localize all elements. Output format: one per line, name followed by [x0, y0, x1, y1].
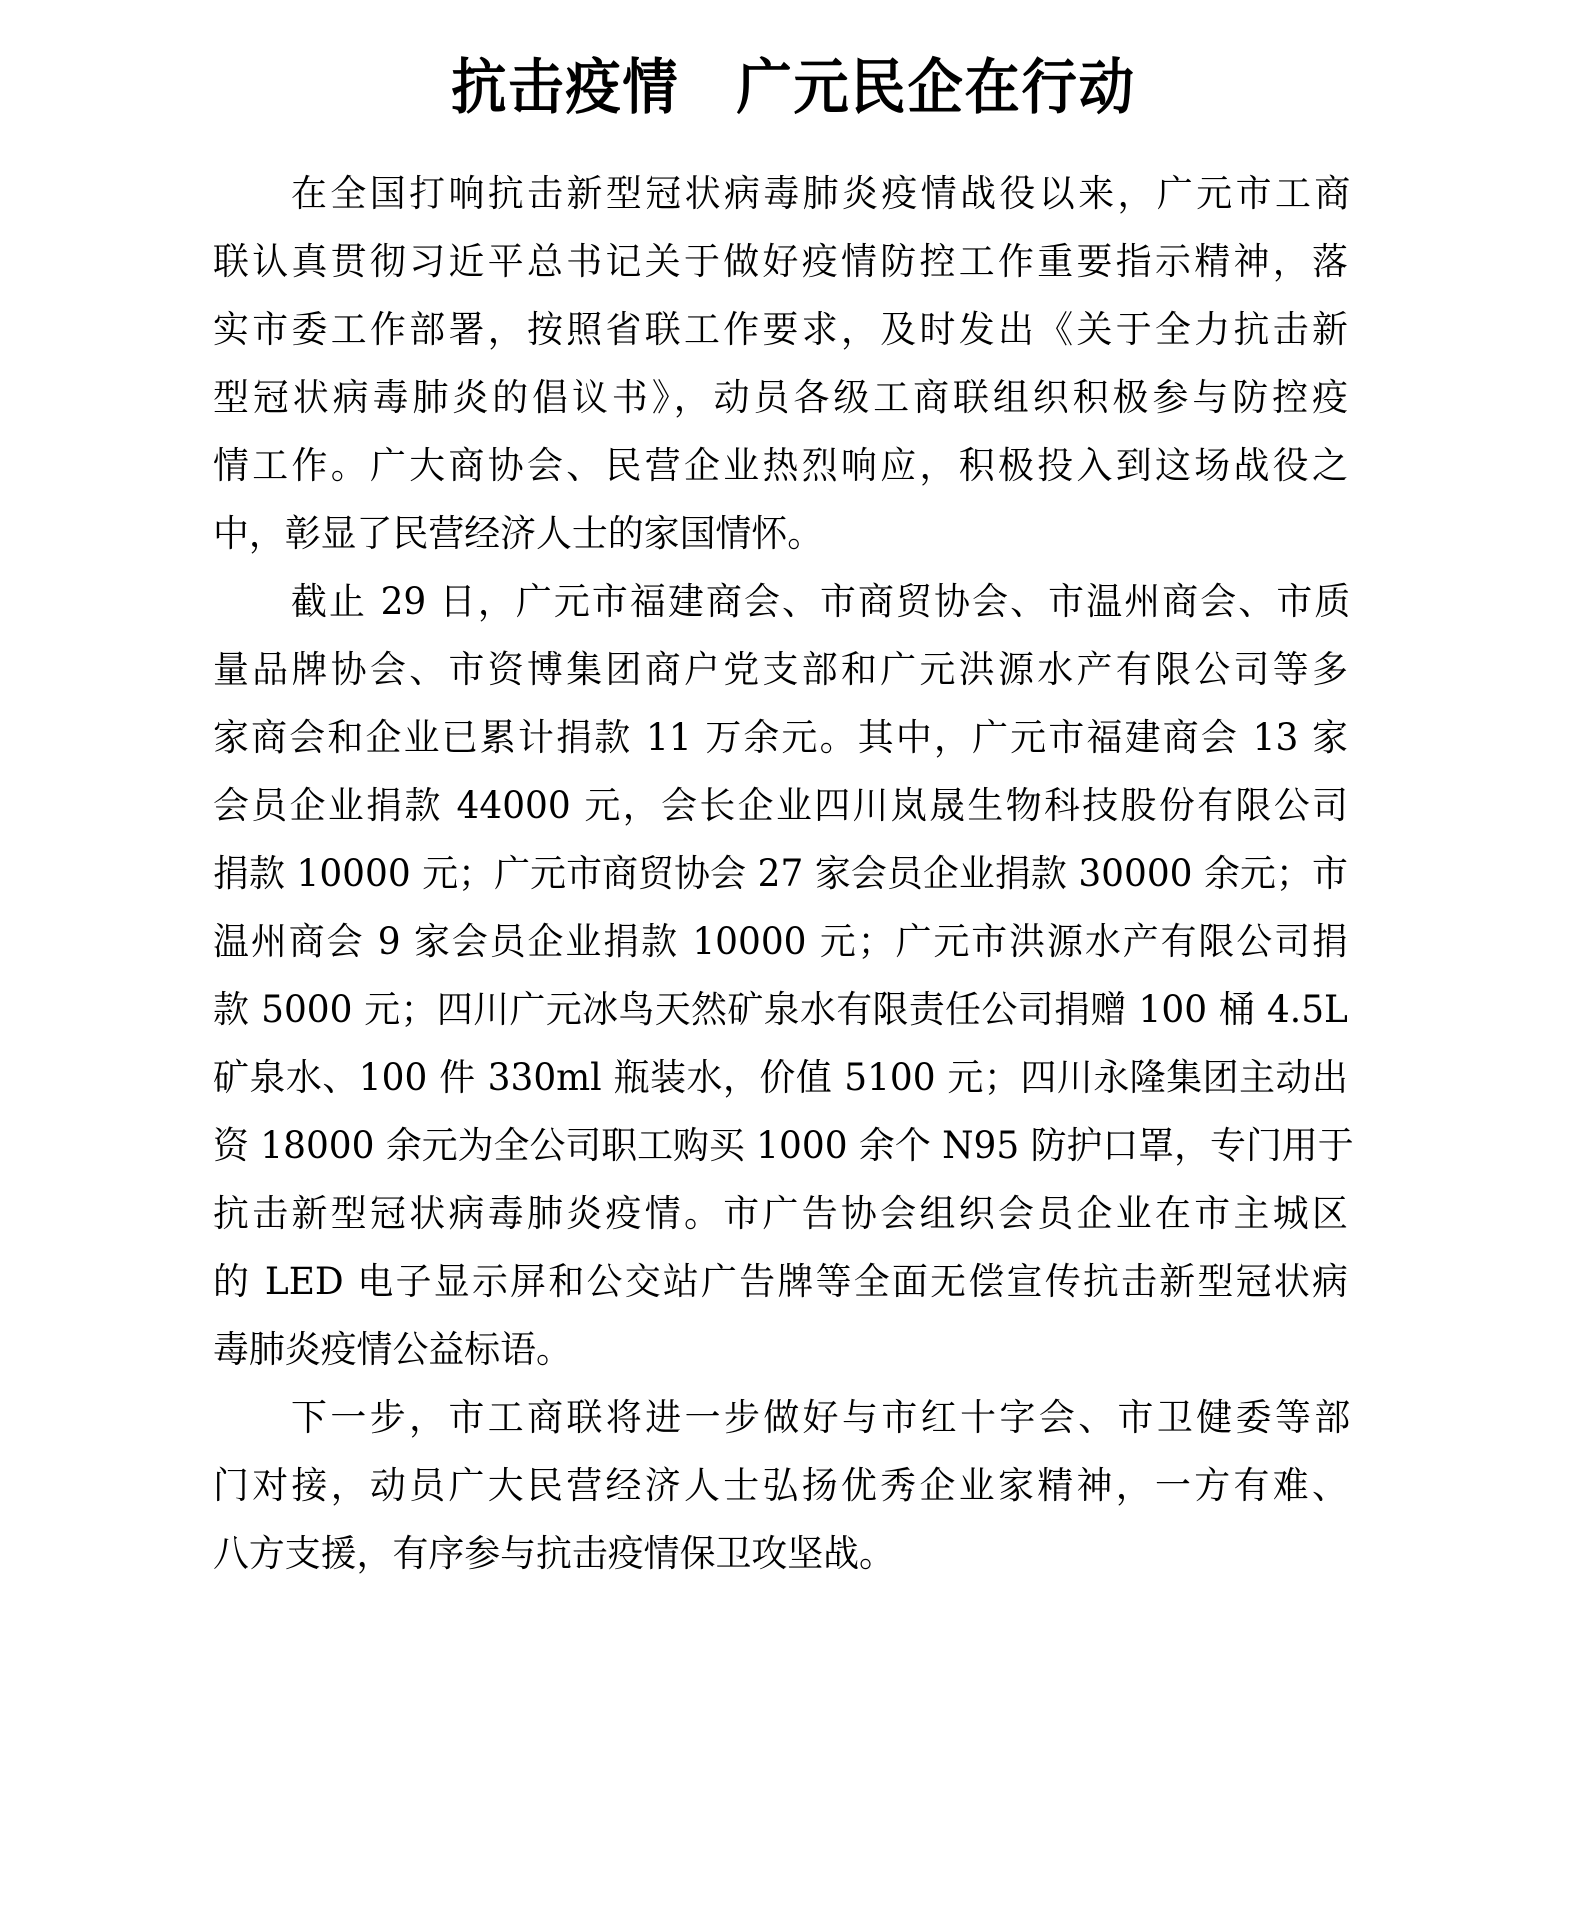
paragraph-line: 款 5000 元；四川广元冰鸟天然矿泉水有限责任公司捐赠 100 桶 4.5L [213, 984, 1348, 1036]
paragraph-line: 型冠状病毒肺炎的倡议书》，动员各级工商联组织积极参与防控疫 [213, 372, 1348, 424]
paragraph-line: 温州商会 9 家会员企业捐款 10000 元；广元市洪源水产有限公司捐 [213, 916, 1348, 968]
paragraph-line: 联认真贯彻习近平总书记关于做好疫情防控工作重要指示精神，落 [213, 236, 1348, 288]
paragraph-line: 实市委工作部署，按照省联工作要求，及时发出《关于全力抗击新 [213, 304, 1348, 356]
paragraph-line: 抗击新型冠状病毒肺炎疫情。市广告协会组织会员企业在市主城区 [213, 1188, 1348, 1240]
paragraph-line: 下一步，市工商联将进一步做好与市红十字会、市卫健委等部 [291, 1392, 1350, 1444]
paragraph-line: 资 18000 余元为全公司职工购买 1000 余个 N95 防护口罩，专门用于 [213, 1120, 1348, 1172]
paragraph-line: 矿泉水、100 件 330ml 瓶装水，价值 5100 元；四川永隆集团主动出 [213, 1052, 1348, 1104]
paragraph-line: 情工作。广大商协会、民营企业热烈响应，积极投入到这场战役之 [213, 440, 1348, 492]
paragraph-line: 毒肺炎疫情公益标语。 [213, 1324, 1348, 1376]
paragraph-line: 量品牌协会、市资博集团商户党支部和广元洪源水产有限公司等多 [213, 644, 1348, 696]
document-title: 抗击疫情 广元民企在行动 [63, 48, 1523, 128]
paragraph-line: 中，彰显了民营经济人士的家国情怀。 [213, 508, 1348, 560]
paragraph-line: 会员企业捐款 44000 元，会长企业四川岚晟生物科技股份有限公司 [213, 780, 1348, 832]
paragraph-line: 的 LED 电子显示屏和公交站广告牌等全面无偿宣传抗击新型冠状病 [213, 1256, 1348, 1308]
paragraph-line: 家商会和企业已累计捐款 11 万余元。其中，广元市福建商会 13 家 [213, 712, 1348, 764]
paragraph-line: 捐款 10000 元；广元市商贸协会 27 家会员企业捐款 30000 余元；市 [213, 848, 1348, 900]
paragraph-line: 在全国打响抗击新型冠状病毒肺炎疫情战役以来，广元市工商 [291, 168, 1350, 220]
paragraph-line: 门对接，动员广大民营经济人士弘扬优秀企业家精神，一方有难、 [213, 1460, 1348, 1512]
paragraph-line: 截止 29 日，广元市福建商会、市商贸协会、市温州商会、市质 [291, 576, 1350, 628]
paragraph-line: 八方支援，有序参与抗击疫情保卫攻坚战。 [213, 1528, 1348, 1580]
